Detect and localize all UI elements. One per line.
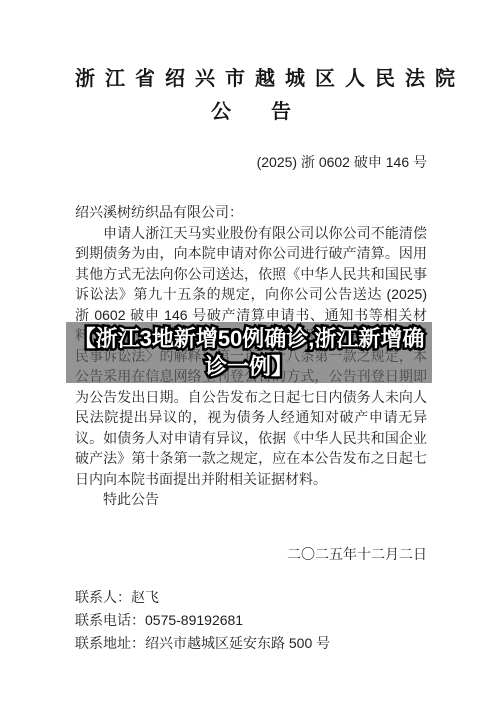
issue-date: 二〇二五年十二月二日 [75, 546, 427, 562]
contact-person: 联系人：赵飞 [75, 586, 427, 609]
closing-line: 特此公告 [75, 489, 427, 510]
recipient-line: 绍兴溪树纺织品有限公司： [75, 202, 427, 223]
news-headline-overlay: 【浙江3地新增50例确诊,浙江新增确 诊一例】 [66, 322, 432, 383]
announcement-title: 公 告 [75, 101, 427, 123]
contact-block: 联系人：赵飞 联系电话：0575-89192681 联系地址：绍兴市越城区延安东… [75, 586, 427, 655]
court-announcement-page: 浙江省绍兴市越城区人民法院 公 告 (2025) 浙 0602 破申 146 号… [0, 0, 500, 706]
court-name-title: 浙江省绍兴市越城区人民法院 [75, 68, 437, 90]
contact-address: 联系地址：绍兴市越城区延安东路 500 号 [75, 632, 427, 655]
news-headline-text: 【浙江3地新增50例确诊,浙江新增确 诊一例】 [74, 325, 425, 381]
case-number: (2025) 浙 0602 破申 146 号 [75, 154, 427, 170]
contact-phone: 联系电话：0575-89192681 [75, 609, 427, 632]
